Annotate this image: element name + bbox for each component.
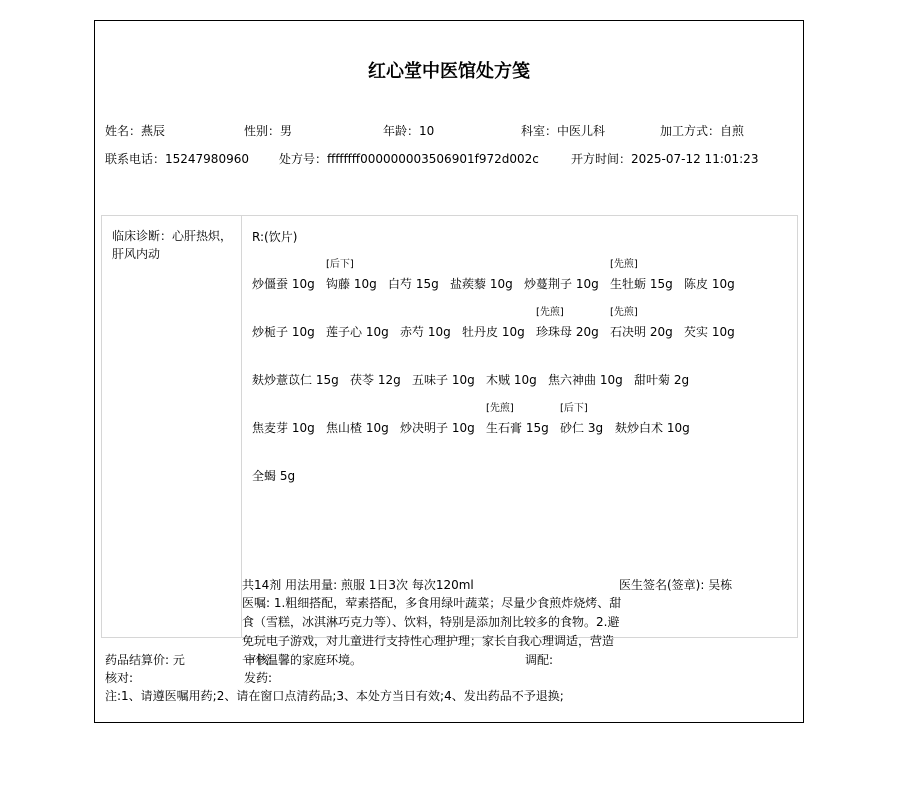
herb-item: 陈皮 10g bbox=[684, 275, 735, 292]
herb-item: 木贼 10g bbox=[486, 371, 537, 388]
herb-item: 炒栀子 10g bbox=[252, 323, 315, 340]
herb-item: 焦六神曲 10g bbox=[548, 371, 623, 388]
herb-name: 炒决明子 10g bbox=[400, 421, 475, 435]
herb-item: 盐蒺藜 10g bbox=[450, 275, 513, 292]
herb-item: 芡实 10g bbox=[684, 323, 735, 340]
herb-item: 钩藤 10g[后下] bbox=[326, 275, 377, 292]
herb-name: 砂仁 3g bbox=[560, 421, 603, 435]
drug-price: 药品结算价: 元 bbox=[105, 651, 185, 668]
panel-divider bbox=[241, 215, 242, 638]
dispense-label: 发药: bbox=[244, 669, 272, 686]
herb-decoction-tag: [先煎] bbox=[610, 303, 638, 318]
herb-decoction-tag: [后下] bbox=[560, 399, 588, 414]
herb-name: 炒栀子 10g bbox=[252, 325, 315, 339]
herb-decoction-tag: [先煎] bbox=[610, 255, 638, 270]
herb-name: 五味子 10g bbox=[412, 373, 475, 387]
herb-decoction-tag: [后下] bbox=[326, 255, 354, 270]
dispense-mix-label: 调配: bbox=[525, 651, 553, 668]
patient-phone: 联系电话：15247980960 bbox=[105, 150, 249, 167]
herb-item: 生石膏 15g[先煎] bbox=[486, 419, 549, 436]
herb-item: 麸炒白术 10g bbox=[615, 419, 690, 436]
department: 科室：中医儿科 bbox=[521, 122, 605, 139]
herb-name: 茯苓 12g bbox=[350, 373, 401, 387]
herb-item: 麸炒薏苡仁 15g bbox=[252, 371, 339, 388]
herb-name: 盐蒺藜 10g bbox=[450, 277, 513, 291]
herb-name: 白芍 15g bbox=[388, 277, 439, 291]
herb-item: 莲子心 10g bbox=[326, 323, 389, 340]
patient-gender: 性别：男 bbox=[244, 122, 292, 139]
herb-name: 石决明 20g bbox=[610, 325, 673, 339]
herb-name: 牡丹皮 10g bbox=[462, 325, 525, 339]
herb-item: 焦山楂 10g bbox=[326, 419, 389, 436]
herb-item: 炒蔓荆子 10g bbox=[524, 275, 599, 292]
herb-name: 焦山楂 10g bbox=[326, 421, 389, 435]
prescription-number: 处方号：ffffffff000000003506901f972d002c bbox=[279, 150, 539, 167]
herb-name: 钩藤 10g bbox=[326, 277, 377, 291]
herb-item: 炒决明子 10g bbox=[400, 419, 475, 436]
herb-name: 焦六神曲 10g bbox=[548, 373, 623, 387]
prescription-time: 开方时间：2025-07-12 11:01:23 bbox=[571, 150, 758, 167]
dosage-instructions: 共14剂 用法用量: 煎服 1日3次 每次120ml bbox=[242, 576, 474, 593]
check-label: 核对: bbox=[105, 669, 133, 686]
herb-item: 牡丹皮 10g bbox=[462, 323, 525, 340]
herb-name: 麸炒白术 10g bbox=[615, 421, 690, 435]
herb-item: 五味子 10g bbox=[412, 371, 475, 388]
herb-item: 白芍 15g bbox=[388, 275, 439, 292]
herb-name: 莲子心 10g bbox=[326, 325, 389, 339]
review-label: 审核: bbox=[244, 651, 272, 668]
herb-item: 茯苓 12g bbox=[350, 371, 401, 388]
clinical-diagnosis: 临床诊断：心肝热炽，肝风内动 bbox=[112, 227, 232, 263]
herb-item: 生牡蛎 15g[先煎] bbox=[610, 275, 673, 292]
herb-decoction-tag: [先煎] bbox=[536, 303, 564, 318]
herb-item: 赤芍 10g bbox=[400, 323, 451, 340]
patient-age: 年龄：10 bbox=[383, 122, 434, 139]
herb-name: 陈皮 10g bbox=[684, 277, 735, 291]
footer-notes: 注:1、请遵医嘱用药;2、请在窗口点清药品;3、本处方当日有效;4、发出药品不予… bbox=[105, 687, 564, 704]
page-title: 红心堂中医馆处方笺 bbox=[95, 57, 803, 83]
herb-name: 珍珠母 20g bbox=[536, 325, 599, 339]
herb-item: 砂仁 3g[后下] bbox=[560, 419, 603, 436]
herb-name: 麸炒薏苡仁 15g bbox=[252, 373, 339, 387]
herb-name: 甜叶菊 2g bbox=[634, 373, 689, 387]
patient-name: 姓名：燕辰 bbox=[105, 122, 165, 139]
herb-name: 全蝎 5g bbox=[252, 469, 295, 483]
doctor-signature: 医生签名(签章): 吴栋 bbox=[619, 576, 732, 593]
medical-advice: 医嘱: 1.粗细搭配，荤素搭配，多食用绿叶蔬菜；尽量少食煎炸烧烤、甜食（雪糕，冰… bbox=[242, 594, 622, 670]
herb-name: 炒僵蚕 10g bbox=[252, 277, 315, 291]
processing-method: 加工方式：自煎 bbox=[660, 122, 744, 139]
herb-item: 石决明 20g[先煎] bbox=[610, 323, 673, 340]
herb-item: 珍珠母 20g[先煎] bbox=[536, 323, 599, 340]
herb-name: 木贼 10g bbox=[486, 373, 537, 387]
herb-name: 焦麦芽 10g bbox=[252, 421, 315, 435]
herb-item: 炒僵蚕 10g bbox=[252, 275, 315, 292]
herb-item: 全蝎 5g bbox=[252, 467, 295, 484]
herb-name: 炒蔓荆子 10g bbox=[524, 277, 599, 291]
herb-item: 甜叶菊 2g bbox=[634, 371, 689, 388]
prescription-type: R:(饮片) bbox=[252, 228, 297, 245]
herb-name: 生牡蛎 15g bbox=[610, 277, 673, 291]
herb-name: 赤芍 10g bbox=[400, 325, 451, 339]
herb-item: 焦麦芽 10g bbox=[252, 419, 315, 436]
herb-name: 芡实 10g bbox=[684, 325, 735, 339]
herb-name: 生石膏 15g bbox=[486, 421, 549, 435]
herb-decoction-tag: [先煎] bbox=[486, 399, 514, 414]
